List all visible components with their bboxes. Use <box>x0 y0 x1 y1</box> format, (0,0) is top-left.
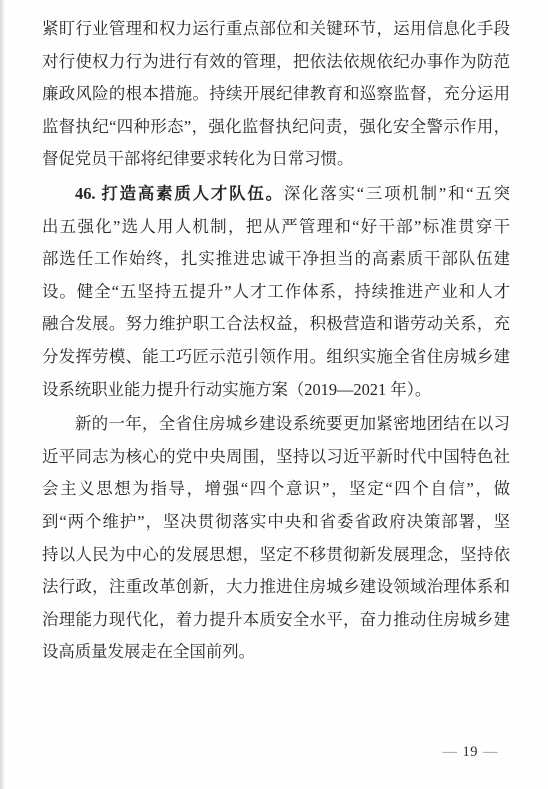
page-number-left-dash: — <box>438 744 463 760</box>
line-text: 廉政风险的根本措施。持续开展纪律教育和巡察监督，充分运用 <box>42 84 510 103</box>
text-line: 廉政风险的根本措施。持续开展纪律教育和巡察监督，充分运用 <box>42 78 510 111</box>
line-text: 融合发展。努力维护职工合法权益，积极营造和谐劳动关系，充 <box>42 314 510 333</box>
line-text: 法行政，注重改革创新，大力推进住房城乡建设领域治理体系和 <box>42 577 510 596</box>
line-text: 监督执纪“四种形态”，强化监督执纪问责，强化安全警示作用， <box>42 117 510 136</box>
text-line: 近平同志为核心的党中央周围，坚持以习近平新时代中国特色社 <box>42 441 510 474</box>
line-text: 出五强化”选人用人机制，把从严管理和“好干部”标准贯穿干 <box>42 217 510 236</box>
text-line: 对行使权力行为进行有效的管理，把依法依规依纪办事作为防范 <box>42 46 510 79</box>
text-line: 新的一年，全省住房城乡建设系统要更加紧密地团结在以习 <box>42 408 510 441</box>
text-line: 会主义思想为指导，增强“四个意识”，坚定“四个自信”，做 <box>42 473 510 506</box>
line-text: 设高质量发展走在全国前列。 <box>42 642 255 661</box>
line-text: 持以人民为中心的发展思想，坚定不移贯彻新发展理念，坚持依 <box>42 545 510 564</box>
line-text: 深化落实“三项机制”和“五突 <box>284 184 510 203</box>
text-line: 持以人民为中心的发展思想，坚定不移贯彻新发展理念，坚持依 <box>42 539 510 572</box>
scan-edge-artifact <box>0 0 5 789</box>
text-line: 设系统职业能力提升行动实施方案（2019—2021 年）。 <box>42 374 510 407</box>
line-text: 对行使权力行为进行有效的管理，把依法依规依纪办事作为防范 <box>42 52 510 71</box>
text-line: 监督执纪“四种形态”，强化监督执纪问责，强化安全警示作用， <box>42 111 510 144</box>
line-text: 新的一年，全省住房城乡建设系统要更加紧密地团结在以习 <box>75 414 510 433</box>
text-line: 督促党员干部将纪律要求转化为日常习惯。 <box>42 143 510 176</box>
document-body-text: 紧盯行业管理和权力运行重点部位和关键环节，运用信息化手段对行使权力行为进行有效的… <box>42 13 510 669</box>
item-number-title: 46. 打造高素质人才队伍。 <box>75 184 284 203</box>
line-text: 近平同志为核心的党中央周围，坚持以习近平新时代中国特色社 <box>42 447 510 466</box>
line-text: 紧盯行业管理和权力运行重点部位和关键环节，运用信息化手段 <box>42 19 510 38</box>
document-page: 紧盯行业管理和权力运行重点部位和关键环节，运用信息化手段对行使权力行为进行有效的… <box>0 0 548 789</box>
text-line: 46. 打造高素质人才队伍。深化落实“三项机制”和“五突 <box>42 178 510 211</box>
page-number: —19— <box>438 744 504 761</box>
text-line: 法行政，注重改革创新，大力推进住房城乡建设领域治理体系和 <box>42 571 510 604</box>
line-text: 到“两个维护”，坚决贯彻落实中央和省委省政府决策部署，坚 <box>42 512 510 531</box>
page-number-value: 19 <box>463 744 479 760</box>
line-text: 设。健全“五坚持五提升”人才工作体系，持续推进产业和人才 <box>42 282 510 301</box>
text-line: 紧盯行业管理和权力运行重点部位和关键环节，运用信息化手段 <box>42 13 510 46</box>
line-text: 设系统职业能力提升行动实施方案（2019—2021 年）。 <box>42 380 431 399</box>
text-line: 治理能力现代化，着力提升本质安全水平，奋力推动住房城乡建 <box>42 604 510 637</box>
text-line: 分发挥劳模、能工巧匠示范引领作用。组织实施全省住房城乡建 <box>42 341 510 374</box>
paragraph: 46. 打造高素质人才队伍。深化落实“三项机制”和“五突出五强化”选人用人机制，… <box>42 178 510 406</box>
paragraph: 新的一年，全省住房城乡建设系统要更加紧密地团结在以习近平同志为核心的党中央周围，… <box>42 408 510 669</box>
text-line: 部选任工作始终，扎实推进忠诚干净担当的高素质干部队伍建 <box>42 243 510 276</box>
line-text: 督促党员干部将纪律要求转化为日常习惯。 <box>42 149 353 168</box>
text-line: 设。健全“五坚持五提升”人才工作体系，持续推进产业和人才 <box>42 276 510 309</box>
line-text: 分发挥劳模、能工巧匠示范引领作用。组织实施全省住房城乡建 <box>42 347 510 366</box>
text-line: 设高质量发展走在全国前列。 <box>42 636 510 669</box>
paragraph: 紧盯行业管理和权力运行重点部位和关键环节，运用信息化手段对行使权力行为进行有效的… <box>42 13 510 176</box>
text-line: 到“两个维护”，坚决贯彻落实中央和省委省政府决策部署，坚 <box>42 506 510 539</box>
line-text: 治理能力现代化，着力提升本质安全水平，奋力推动住房城乡建 <box>42 610 510 629</box>
text-line: 出五强化”选人用人机制，把从严管理和“好干部”标准贯穿干 <box>42 211 510 244</box>
line-text: 部选任工作始终，扎实推进忠诚干净担当的高素质干部队伍建 <box>42 249 510 268</box>
text-line: 融合发展。努力维护职工合法权益，积极营造和谐劳动关系，充 <box>42 308 510 341</box>
line-text: 会主义思想为指导，增强“四个意识”，坚定“四个自信”，做 <box>42 479 510 498</box>
page-number-right-dash: — <box>478 744 503 760</box>
